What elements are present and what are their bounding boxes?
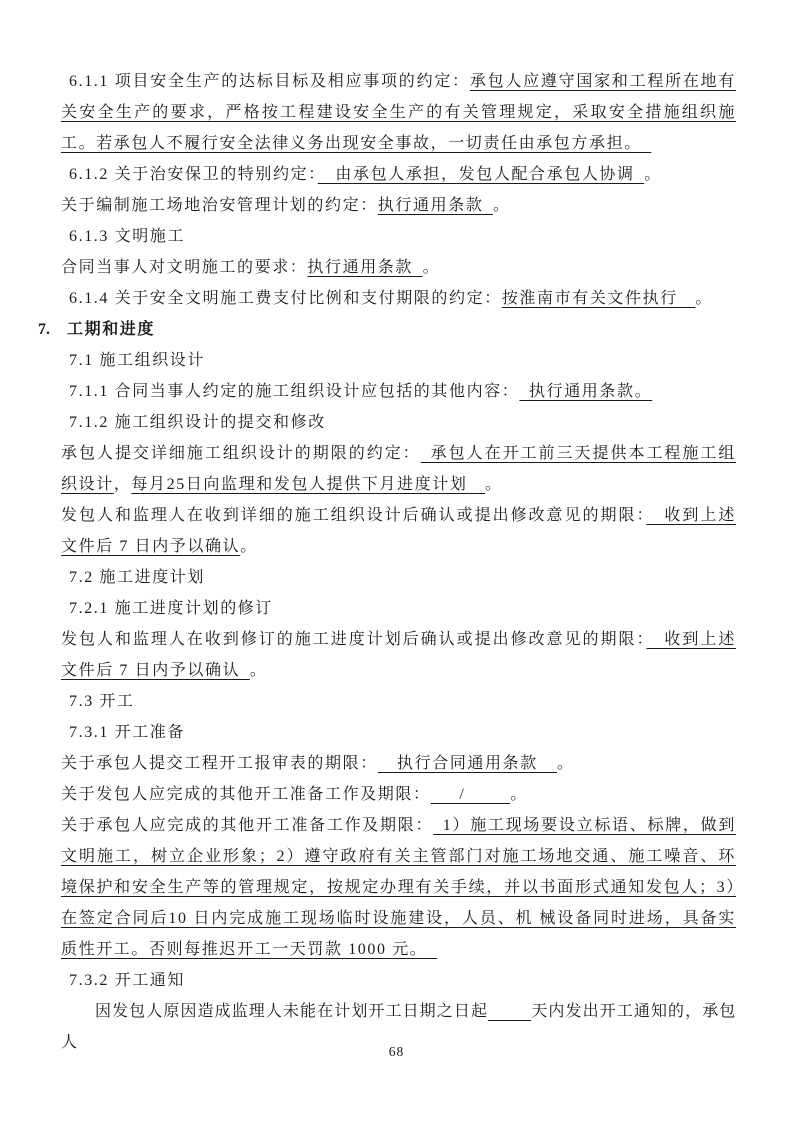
text-run: 。 — [240, 538, 258, 555]
paragraph: 6.1.1 项目安全生产的达标目标及相应事项的约定：承包人应遵守国家和工程所在地… — [61, 66, 736, 159]
paragraph: 7.3.1 开工准备 — [61, 717, 736, 748]
text-run: 承包人提交详细施工组织设计的期限的约定： — [61, 445, 421, 462]
paragraph: 关于编制施工场地治安管理计划的约定：执行通用条款 。 — [61, 190, 736, 221]
paragraph: 承包人提交详细施工组织设计的期限的约定： 承包人在开工前三天提供本工程施工组织设… — [61, 438, 736, 500]
document-body: 6.1.1 项目安全生产的达标目标及相应事项的约定：承包人应遵守国家和工程所在地… — [61, 66, 736, 1058]
text-run: 发包人和监理人在收到详细的施工组织设计后确认或提出修改意见的期限： — [61, 507, 646, 524]
filled-blank: 执行通用条款 — [307, 259, 422, 276]
text-run: 。 — [493, 197, 511, 214]
text-run: 7.3 开工 — [69, 693, 135, 710]
text-run: ， — [114, 476, 132, 493]
text-run: 6.1.1 项目安全生产的达标目标及相应事项的约定： — [69, 73, 470, 90]
text-run: 6.1.2 关于治安保卫的特别约定： — [69, 166, 318, 183]
paragraph: 7.1 施工组织设计 — [61, 345, 736, 376]
filled-blank: 执行通用条款。 — [519, 383, 652, 400]
paragraph: 关于承包人提交工程开工报审表的期限： 执行合同通用条款 。 — [61, 748, 736, 779]
text-run: 6.1.3 文明施工 — [69, 228, 185, 245]
document-page: 6.1.1 项目安全生产的达标目标及相应事项的约定：承包人应遵守国家和工程所在地… — [0, 0, 793, 1122]
text-run: 6.1.4 关于安全文明施工费支付比例和支付期限的约定： — [69, 290, 502, 307]
text-run: 7.1.1 合同当事人约定的施工组织设计应包括的其他内容： — [69, 383, 519, 400]
paragraph: 发包人和监理人在收到修订的施工进度计划后确认或提出修改意见的期限： 收到上述文件… — [61, 624, 736, 686]
section-number: 7. — [38, 314, 67, 345]
text-run: 关于发包人应完成的其他开工准备工作及期限： — [61, 786, 431, 803]
paragraph: 7.2 施工进度计划 — [61, 562, 736, 593]
paragraph: 7.1.2 施工组织设计的提交和修改 — [61, 407, 736, 438]
page-number: 68 — [0, 1044, 793, 1060]
paragraph: 6.1.3 文明施工 — [61, 221, 736, 252]
section-title: 工期和进度 — [67, 321, 155, 338]
filled-blank: 1）施工现场要设立标语、标牌，做到文明施工，树立企业形象；2）遵守政府有关主管部… — [61, 817, 736, 958]
text-run: 。 — [510, 786, 528, 803]
filled-blank — [488, 1003, 531, 1020]
text-run: 。 — [695, 290, 713, 307]
text-run: 关于承包人应完成的其他开工准备工作及期限： — [61, 817, 433, 834]
text-run: 7.2.1 施工进度计划的修订 — [69, 600, 273, 617]
filled-blank: 按淮南市有关文件执行 — [502, 290, 696, 307]
paragraph: 发包人和监理人在收到详细的施工组织设计后确认或提出修改意见的期限： 收到上述文件… — [61, 500, 736, 562]
filled-blank: 执行合同通用条款 — [378, 755, 557, 772]
text-run: 7.3.2 开工通知 — [69, 972, 185, 989]
section-heading: 7.工期和进度 — [38, 314, 736, 345]
text-run: 7.1 施工组织设计 — [69, 352, 205, 369]
text-run: 。 — [557, 755, 575, 772]
paragraph: 关于承包人应完成的其他开工准备工作及期限： 1）施工现场要设立标语、标牌，做到文… — [61, 810, 736, 965]
text-run: 7.2 施工进度计划 — [69, 569, 205, 586]
text-run: 。 — [423, 259, 441, 276]
filled-blank: 由承包人承担，发包人配合承包人协调 — [318, 166, 644, 183]
text-run: 7.1.2 施工组织设计的提交和修改 — [69, 414, 326, 431]
paragraph: 6.1.4 关于安全文明施工费支付比例和支付期限的约定：按淮南市有关文件执行 。 — [61, 283, 736, 314]
text-run: 。 — [485, 476, 503, 493]
paragraph: 7.2.1 施工进度计划的修订 — [61, 593, 736, 624]
paragraph: 合同当事人对文明施工的要求：执行通用条款 。 — [61, 252, 736, 283]
filled-blank: 执行通用条款 — [378, 197, 493, 214]
filled-blank: / — [431, 786, 511, 803]
paragraph: 7.3 开工 — [61, 686, 736, 717]
text-run: 。 — [250, 662, 268, 679]
text-run: 7.3.1 开工准备 — [69, 724, 185, 741]
text-run: 。 — [644, 166, 662, 183]
text-run: 关于编制施工场地治安管理计划的约定： — [61, 197, 378, 214]
text-run: 因发包人原因造成监理人未能在计划开工日期之日起 — [95, 1003, 488, 1020]
text-run: 关于承包人提交工程开工报审表的期限： — [61, 755, 378, 772]
text-run: 合同当事人对文明施工的要求： — [61, 259, 307, 276]
paragraph: 6.1.2 关于治安保卫的特别约定： 由承包人承担，发包人配合承包人协调 。 — [61, 159, 736, 190]
filled-blank: 每月25日向监理和发包人提供下月进度计划 — [131, 476, 485, 493]
paragraph: 关于发包人应完成的其他开工准备工作及期限： / 。 — [61, 779, 736, 810]
paragraph: 7.1.1 合同当事人约定的施工组织设计应包括的其他内容： 执行通用条款。 — [61, 376, 736, 407]
text-run: 发包人和监理人在收到修订的施工进度计划后确认或提出修改意见的期限： — [61, 631, 646, 648]
paragraph: 7.3.2 开工通知 — [61, 965, 736, 996]
